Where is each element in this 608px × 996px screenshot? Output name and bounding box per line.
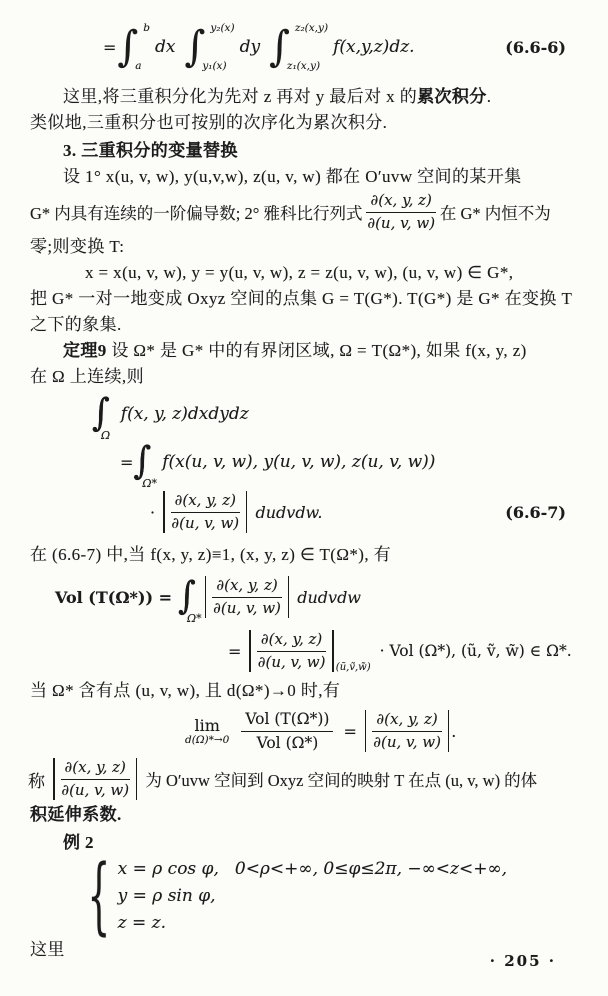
paragraph-contains-point: 当 Ω* 含有点 (u, v, w), 且 d(Ω*)→0 时,有 [0, 678, 608, 704]
jacobian-numerator: ∂(x, y, z) [171, 491, 240, 513]
abs-jacobian-evaluated: ∂(x, y, z) ∂(u, v, w) (ũ,ṽ,w̃) [247, 630, 373, 672]
lim-word: lim [194, 716, 219, 735]
integral-icon: ∫ [184, 26, 205, 68]
map-paragraph-line1: 把 G* 一对一地变成 Oxyz 空间的点集 G = T(G*). T(G*) … [0, 286, 608, 312]
jacobian-denominator: ∂(u, v, w) [257, 652, 326, 673]
equation-6-6-6: = ∫ b a dx ∫ y₂(x) y₁(x) dy ∫ z₂(x,y) z₁… [0, 18, 608, 76]
abs-bar [136, 758, 138, 800]
lower-limit: y₁(x) [202, 61, 234, 72]
text-run: 在 G* 内恒不为 [440, 200, 551, 224]
text-run: 为 O′uvw 空间到 Oxyz 空间的映射 T 在点 (u, v, w) 的体 [145, 767, 537, 791]
equals-sign: = [228, 642, 241, 661]
jacobian-numerator: ∂(x, y, z) [257, 630, 326, 652]
limit-operator: lim d(Ω)*→0 [185, 716, 229, 746]
jacobian-numerator: ∂(x, y, z) [366, 191, 435, 213]
equation-6-6-7: · ∂(x, y, z) ∂(u, v, w) dudvdw. (6.6-7) [0, 488, 608, 536]
abs-bar [53, 758, 55, 800]
jacobian-fraction: ∂(x, y, z) ∂(u, v, w) [366, 191, 435, 233]
integral-limits: y₂(x) y₁(x) [205, 23, 234, 71]
upper-limit: b [143, 23, 150, 34]
limit-equation: lim d(Ω)*→0 Vol (T(Ω*)) Vol (Ω*) = ∂(x, … [0, 706, 608, 756]
jacobian-numerator: ∂(x, y, z) [372, 710, 441, 732]
abs-bar [249, 630, 251, 672]
vol-rhs: · Vol (Ω*), (ũ, ṽ, w̃) ∈ Ω*. [380, 642, 572, 660]
upper-limit: y₂(x) [210, 23, 234, 34]
abs-jacobian: ∂(x, y, z) ∂(u, v, w) [203, 576, 291, 618]
abs-bar [163, 491, 165, 533]
differentials: dudvdw [297, 588, 361, 607]
abs-bar [246, 491, 248, 533]
integral-domain: Ω* [187, 612, 202, 625]
abs-jacobian: ∂(x, y, z) ∂(u, v, w) [363, 710, 451, 752]
differentials: dudvdw. [255, 503, 322, 522]
jacobian-fraction: ∂(x, y, z) ∂(u, v, w) [61, 758, 130, 800]
jacobian-denominator: ∂(u, v, w) [171, 513, 240, 534]
abs-bar [205, 576, 207, 618]
abs-bar [448, 710, 450, 752]
coefficient-definition-line2: 积延伸系数. [0, 802, 608, 828]
integrand: f(x, y, z)dxdydz [121, 404, 249, 424]
equation-z: z = z. [118, 910, 166, 937]
scanned-textbook-page: = ∫ b a dx ∫ y₂(x) y₁(x) dy ∫ z₂(x,y) z₁… [0, 0, 608, 996]
jacobian-denominator: ∂(u, v, w) [372, 732, 441, 753]
abs-bar [288, 576, 290, 618]
dot-operator: · [150, 503, 155, 522]
jacobian-fraction: ∂(x, y, z) ∂(u, v, w) [257, 630, 326, 672]
integrand: f(x,y,z)dz. [333, 37, 415, 57]
jacobian-fraction: ∂(x, y, z) ∂(u, v, w) [212, 576, 281, 618]
triple-integral: ∫∫∫ Ω [92, 395, 113, 432]
paragraph-other-orders: 类似地,三重积分也可按别的次序化为累次积分. [0, 110, 608, 136]
map-paragraph-line2: 之下的象集. [0, 312, 608, 338]
coefficient-definition-line: 称 ∂(x, y, z) ∂(u, v, w) 为 O′uvw 空间到 Oxyz… [0, 756, 608, 802]
system-row-y: y = ρ sin φ, [118, 883, 507, 910]
setup-line2: G* 内具有连续的一阶偏导数; 2° 雅科比行列式 ∂(x, y, z) ∂(u… [0, 190, 608, 234]
integrand: dy [240, 37, 261, 57]
integrand: f(x(u, v, w), y(u, v, w), z(u, v, w)) [162, 452, 435, 472]
triple-integral: ∫∫∫ Ω* [178, 578, 199, 615]
section-heading: 3. 三重积分的变量替换 [0, 138, 608, 164]
triple-integral: ∫∫∫ Ω* [133, 443, 154, 480]
transform-equation: x = x(u, v, w), y = y(u, v, w), z = z(u,… [0, 260, 608, 286]
jacobian-fraction: ∂(x, y, z) ∂(u, v, w) [171, 491, 240, 533]
jacobian-fraction: ∂(x, y, z) ∂(u, v, w) [372, 710, 441, 752]
jacobian-denominator: ∂(u, v, w) [61, 780, 130, 801]
ratio-denominator: Vol (Ω*) [241, 732, 333, 753]
equals-sign: = [120, 453, 133, 472]
equation-system: { x = ρ cos φ, 0<ρ<+∞, 0≤φ≤2π, −∞<z<+∞, … [0, 856, 608, 937]
setup-line3: 零;则变换 T: [0, 234, 608, 260]
equals-sign: = [343, 722, 356, 741]
abs-jacobian: ∂(x, y, z) ∂(u, v, w) [51, 758, 139, 800]
integral-z: ∫ z₂(x,y) z₁(x,y) [269, 23, 328, 71]
volume-ratio-fraction: Vol (T(Ω*)) Vol (Ω*) [241, 709, 333, 752]
paragraph-iterated-integral: 这里,将三重积分化为先对 z 再对 y 最后对 x 的累次积分. [0, 84, 608, 110]
text-run-bold: 累次积分 [417, 87, 487, 106]
setup-line1: 设 1° x(u, v, w), y(u,v,w), z(u, v, w) 都在… [0, 164, 608, 190]
text-run: 称 [28, 767, 45, 792]
equation-label: (6.6-6) [505, 38, 566, 57]
text-run: 设 Ω* 是 G* 中的有界闭区域, Ω = T(Ω*), 如果 f(x, y,… [107, 341, 527, 360]
integral-domain: Ω [101, 429, 110, 442]
display-triple-integral: ∫∫∫ Ω f(x, y, z)dxdydz [0, 392, 608, 436]
integral-domain: Ω* [142, 477, 157, 490]
abs-jacobian: ∂(x, y, z) ∂(u, v, w) [161, 491, 249, 533]
integral-icon: ∫ [117, 26, 138, 68]
jacobian-numerator: ∂(x, y, z) [61, 758, 130, 780]
evaluation-point: (ũ,ṽ,w̃) [336, 662, 371, 673]
system-rows: x = ρ cos φ, 0<ρ<+∞, 0≤φ≤2π, −∞<z<+∞, y … [118, 856, 507, 937]
equation-label: (6.6-7) [505, 503, 566, 522]
system-row-x: x = ρ cos φ, 0<ρ<+∞, 0≤φ≤2π, −∞<z<+∞, [118, 856, 507, 883]
abs-bar [332, 630, 334, 672]
abs-bar [365, 710, 367, 752]
text-run: . [487, 87, 492, 106]
integral-x: ∫ b a [117, 23, 150, 71]
theorem-title: 定理9 [63, 341, 107, 360]
jacobian-denominator: ∂(u, v, w) [212, 598, 281, 619]
text-run: G* 内具有连续的一阶偏导数; 2° 雅科比行列式 [30, 200, 362, 224]
integral-y: ∫ y₂(x) y₁(x) [184, 23, 234, 71]
volume-equation-line2: = ∂(x, y, z) ∂(u, v, w) (ũ,ṽ,w̃) · Vol (… [0, 626, 608, 676]
display-substituted-integral: = ∫∫∫ Ω* f(x(u, v, w), y(u, v, w), z(u, … [0, 440, 608, 484]
system-row-z: z = z. [118, 910, 507, 937]
jacobian-denominator: ∂(u, v, w) [366, 213, 435, 234]
ratio-numerator: Vol (T(Ω*)) [241, 709, 333, 731]
equation-x: x = ρ cos φ, [118, 856, 219, 883]
vol-lhs: Vol (T(Ω*)) = [55, 588, 172, 607]
period: . [451, 722, 456, 741]
text-run: 这里,将三重积分化为先对 z 再对 y 最后对 x 的 [63, 87, 417, 106]
equation-y: y = ρ sin φ, [118, 883, 216, 910]
page-number: · 205 · [490, 952, 556, 970]
integrand: dx [155, 37, 175, 57]
theorem-line1: 定理9 设 Ω* 是 G* 中的有界闭区域, Ω = T(Ω*), 如果 f(x… [0, 338, 608, 364]
lower-limit: z₁(x,y) [287, 61, 328, 72]
equals-sign: = [103, 38, 116, 57]
theorem-line2: 在 Ω 上连续,则 [0, 364, 608, 390]
jacobian-numerator: ∂(x, y, z) [212, 576, 281, 598]
upper-limit: z₂(x,y) [295, 23, 328, 34]
volume-equation-line1: Vol (T(Ω*)) = ∫∫∫ Ω* ∂(x, y, z) ∂(u, v, … [0, 570, 608, 624]
integral-icon: ∫ [269, 26, 290, 68]
lim-condition: d(Ω)*→0 [185, 734, 229, 746]
left-brace: { [87, 855, 110, 938]
paragraph-f-equals-1: 在 (6.6-7) 中,当 f(x, y, z)≡1, (x, y, z) ∈ … [0, 542, 608, 568]
integral-limits: z₂(x,y) z₁(x,y) [290, 23, 328, 71]
integral-limits: b a [138, 23, 150, 71]
domain-conditions: 0<ρ<+∞, 0≤φ≤2π, −∞<z<+∞, [235, 856, 507, 883]
